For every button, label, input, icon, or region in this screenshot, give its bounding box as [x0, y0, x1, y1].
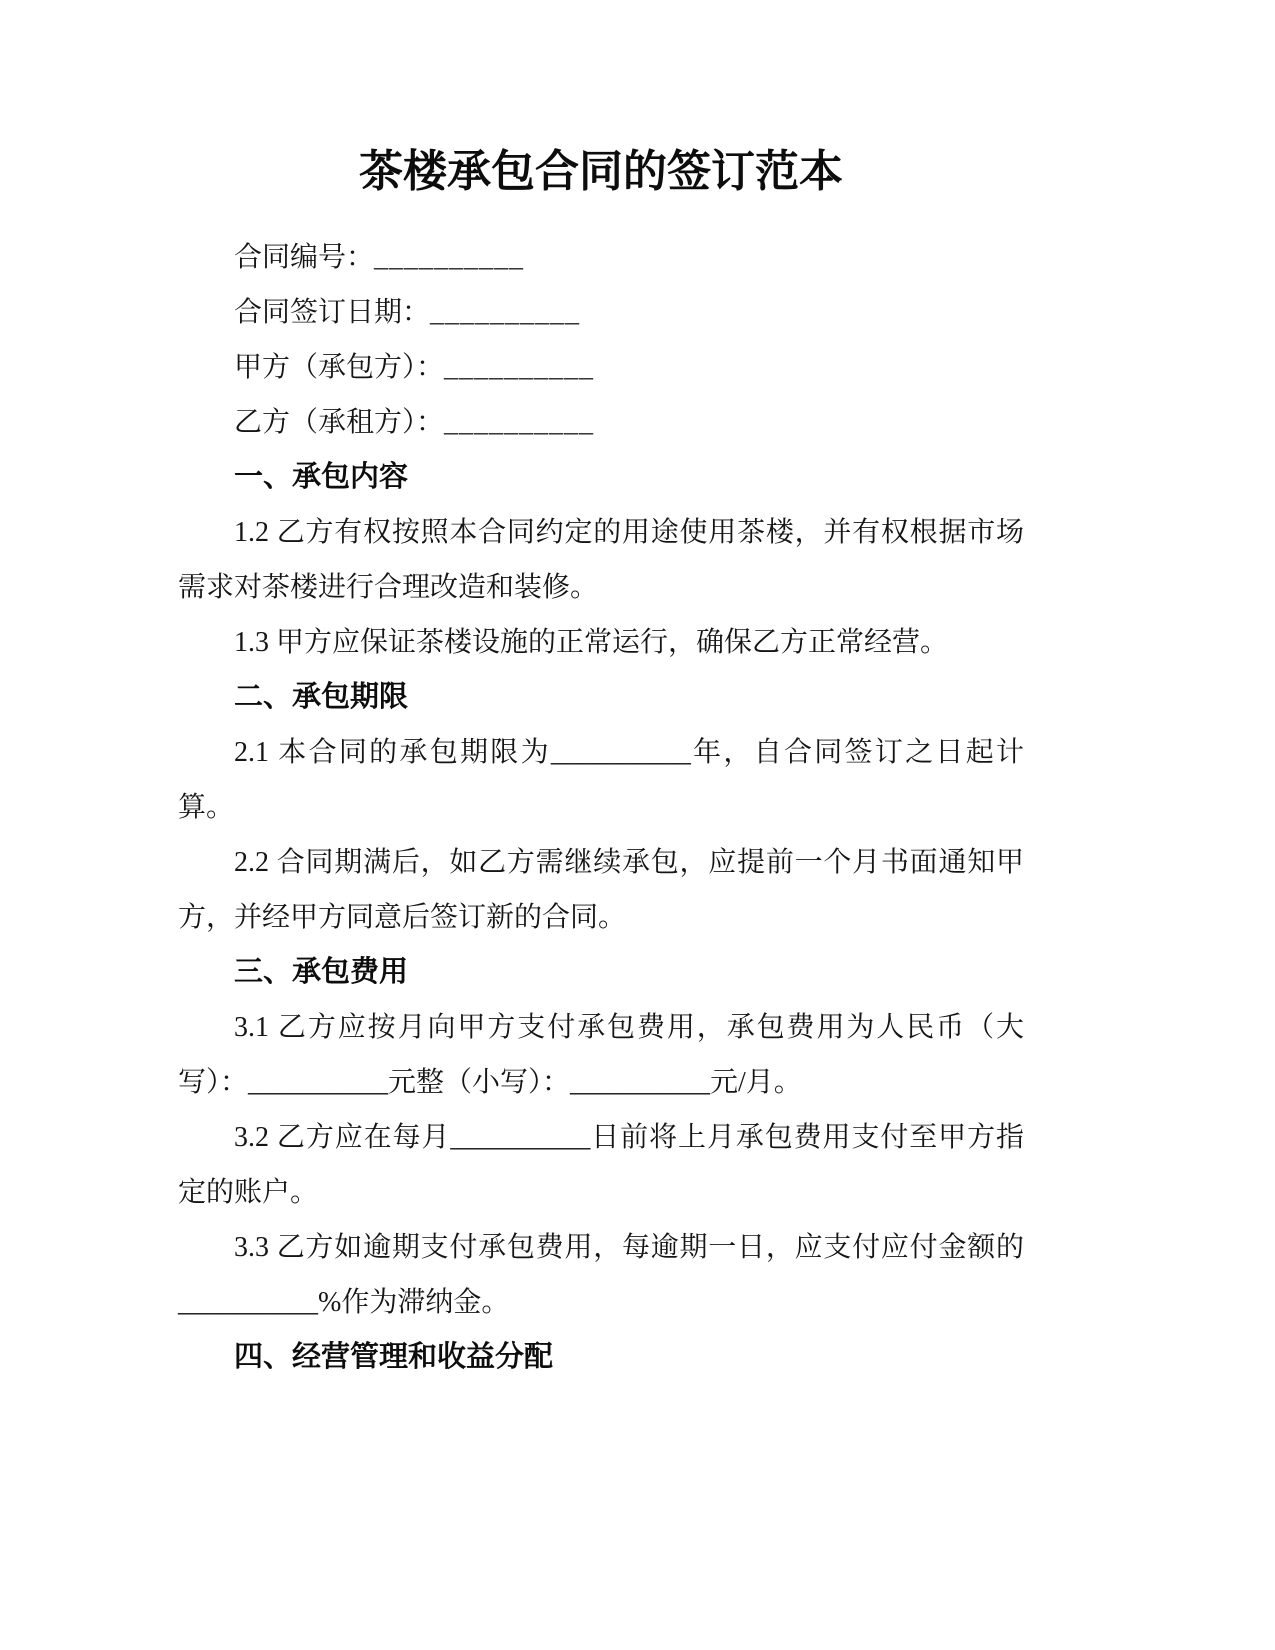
section-heading-contract-content: 一、承包内容: [178, 450, 1024, 505]
field-party-b-blank: __________: [444, 407, 594, 438]
document-title: 茶楼承包合同的签订范本: [178, 140, 1024, 204]
field-signing-date: 合同签订日期：__________: [178, 285, 1024, 340]
field-signing-date-label: 合同签订日期：: [234, 297, 430, 328]
section-heading-contract-fees: 三、承包费用: [178, 945, 1024, 1000]
field-signing-date-blank: __________: [430, 297, 580, 328]
field-contract-number-label: 合同编号：: [234, 242, 374, 273]
clause-1-2: 1.2 乙方有权按照本合同约定的用途使用茶楼，并有权根据市场需求对茶楼进行合理改…: [178, 505, 1024, 615]
clause-3-3: 3.3 乙方如逾期支付承包费用，每逾期一日，应支付应付金额的__________…: [178, 1220, 1024, 1330]
clause-3-1: 3.1 乙方应按月向甲方支付承包费用，承包费用为人民币（大写）：________…: [178, 1000, 1024, 1110]
section-heading-management-profit: 四、经营管理和收益分配: [178, 1330, 1024, 1385]
field-contract-number: 合同编号：__________: [178, 230, 1024, 285]
field-contract-number-blank: __________: [374, 242, 524, 273]
clause-2-2: 2.2 合同期满后，如乙方需继续承包，应提前一个月书面通知甲方，并经甲方同意后签…: [178, 835, 1024, 945]
field-party-b-label: 乙方（承租方）：: [234, 407, 444, 438]
field-party-a-blank: __________: [444, 352, 594, 383]
clause-3-2: 3.2 乙方应在每月__________日前将上月承包费用支付至甲方指定的账户。: [178, 1110, 1024, 1220]
field-party-a: 甲方（承包方）：__________: [178, 340, 1024, 395]
section-heading-contract-term: 二、承包期限: [178, 670, 1024, 725]
clause-2-1: 2.1 本合同的承包期限为__________年，自合同签订之日起计算。: [178, 725, 1024, 835]
contract-document-page: 茶楼承包合同的签订范本 合同编号：__________ 合同签订日期：_____…: [0, 0, 1275, 1650]
clause-1-3: 1.3 甲方应保证茶楼设施的正常运行，确保乙方正常经营。: [178, 615, 1024, 670]
field-party-a-label: 甲方（承包方）：: [234, 352, 444, 383]
field-party-b: 乙方（承租方）：__________: [178, 395, 1024, 450]
